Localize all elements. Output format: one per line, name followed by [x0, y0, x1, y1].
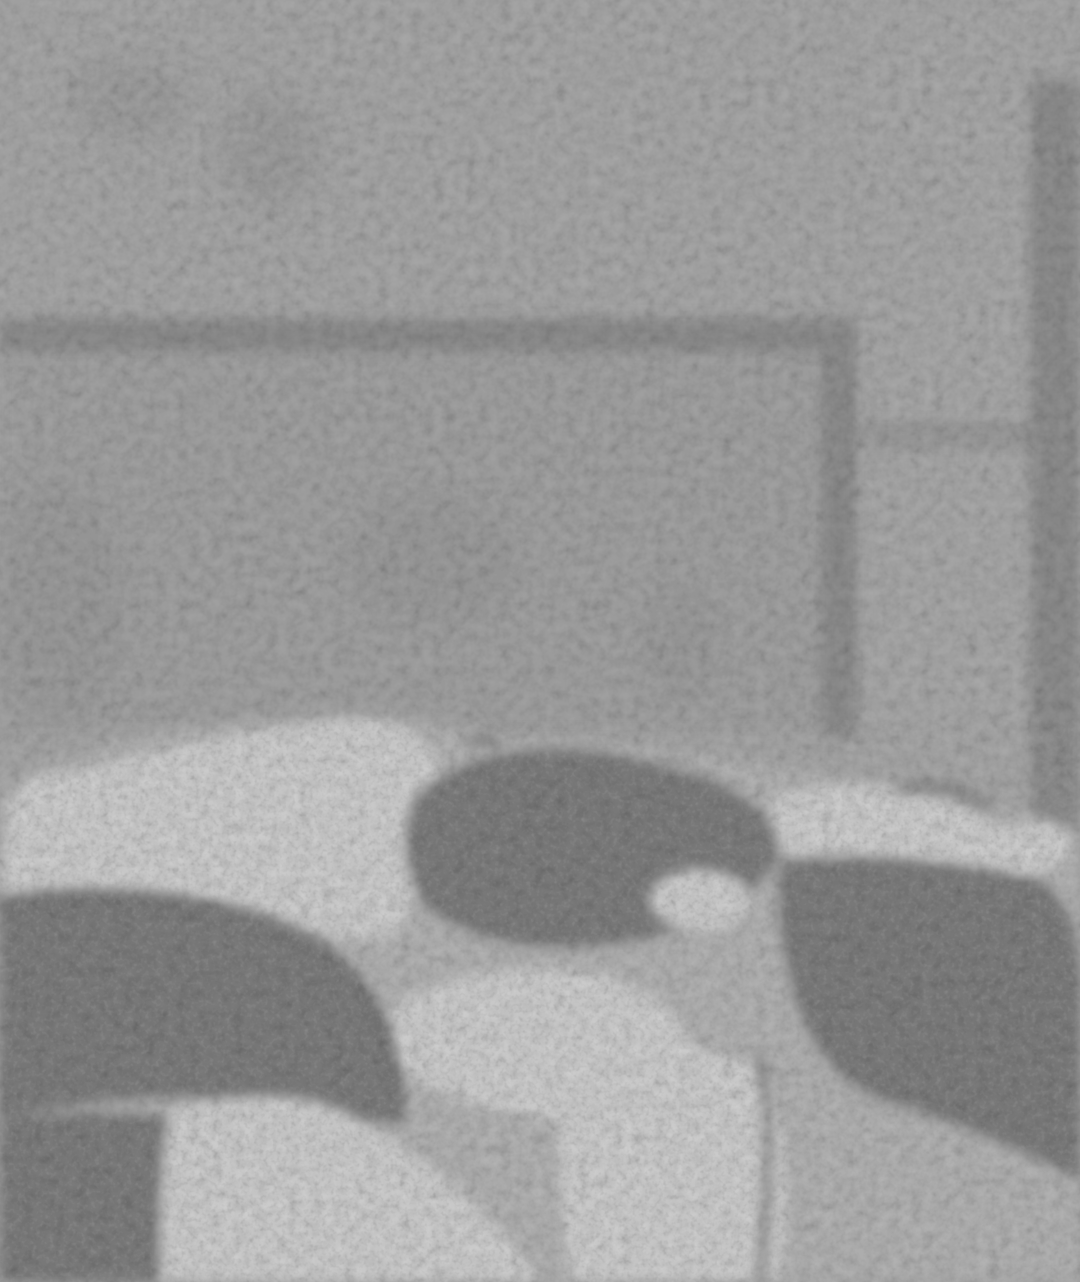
photograph: [0, 0, 1080, 1282]
rubble-pile: [0, 715, 1080, 1282]
wall-frame: [0, 318, 860, 738]
pillar: [860, 0, 1080, 840]
